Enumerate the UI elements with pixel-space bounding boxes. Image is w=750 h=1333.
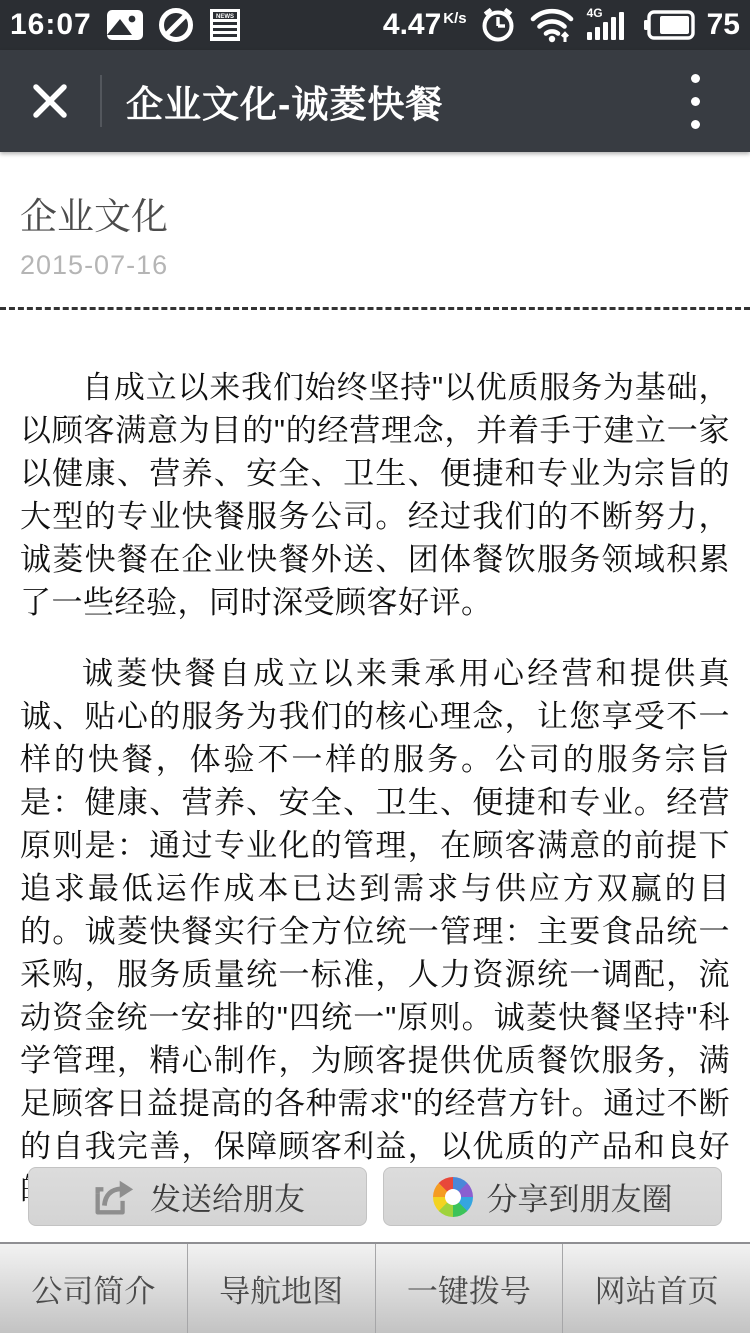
clock-time: 16:07 — [10, 8, 92, 42]
ellipsis-dot — [691, 97, 700, 106]
page-title: 企业文化-诚菱快餐 — [126, 74, 443, 128]
svg-text:NEWS: NEWS — [216, 14, 234, 20]
block-icon — [158, 7, 194, 43]
nav-item-label: 一键拨号 — [407, 1266, 531, 1311]
article-content: 企业文化 2015-07-16 自成立以来我们始终坚持"以优质服务为基础，以顾客… — [0, 152, 750, 1211]
alarm-clock-icon — [479, 6, 517, 44]
article-paragraph: 自成立以来我们始终坚持"以优质服务为基础，以顾客满意为目的"的经营理念，并着手于… — [20, 366, 730, 624]
share-to-moments-label: 分享到朋友圈 — [487, 1174, 673, 1219]
webview-header: 企业文化-诚菱快餐 — [0, 50, 750, 152]
close-x-icon — [31, 82, 69, 120]
battery-icon — [643, 10, 695, 40]
network-speed-value: 4.47 — [383, 8, 441, 42]
news-icon: NEWS — [208, 7, 242, 43]
header-divider — [100, 75, 102, 127]
network-speed-unit: K/s — [443, 10, 466, 27]
signal-bars-icon: 4G — [587, 8, 631, 42]
battery-percent: 75 — [707, 8, 740, 42]
article-paragraph: 诚菱快餐自成立以来秉承用心经营和提供真诚、贴心的服务为我们的核心理念，让您享受不… — [20, 652, 730, 1211]
status-bar-left: 16:07 NEWS — [10, 7, 242, 43]
nav-item-navigation-map[interactable]: 导航地图 — [187, 1244, 375, 1333]
nav-item-label: 网站首页 — [595, 1266, 719, 1311]
nav-item-company-intro[interactable]: 公司简介 — [0, 1244, 187, 1333]
close-button[interactable] — [0, 50, 100, 152]
nav-item-website-home[interactable]: 网站首页 — [562, 1244, 750, 1333]
ellipsis-dot — [691, 74, 700, 83]
phone-screen: 16:07 NEWS 4.47 K/s — [0, 0, 750, 1333]
photo-icon — [106, 9, 144, 41]
send-to-friend-button[interactable]: 发送给朋友 — [28, 1167, 367, 1226]
bottom-nav: 公司简介 导航地图 一键拨号 网站首页 — [0, 1242, 750, 1333]
nav-item-one-touch-dial[interactable]: 一键拨号 — [375, 1244, 563, 1333]
status-bar: 16:07 NEWS 4.47 K/s — [0, 0, 750, 50]
send-to-friend-label: 发送给朋友 — [150, 1174, 305, 1219]
share-to-moments-button[interactable]: 分享到朋友圈 — [383, 1167, 722, 1226]
dashed-divider — [0, 307, 750, 310]
wifi-icon — [529, 7, 575, 43]
nav-item-label: 公司简介 — [31, 1266, 155, 1311]
article-title: 企业文化 — [20, 186, 730, 240]
moments-pinwheel-icon — [433, 1177, 473, 1217]
status-bar-right: 4.47 K/s 4G — [383, 6, 740, 44]
article-date: 2015-07-16 — [20, 250, 730, 281]
forward-share-icon — [90, 1175, 136, 1219]
network-speed: 4.47 K/s — [383, 8, 467, 42]
share-buttons-row: 发送给朋友 分享到朋友圈 — [28, 1167, 722, 1226]
menu-button[interactable] — [640, 50, 750, 152]
nav-item-label: 导航地图 — [219, 1266, 343, 1311]
ellipsis-dot — [691, 120, 700, 129]
